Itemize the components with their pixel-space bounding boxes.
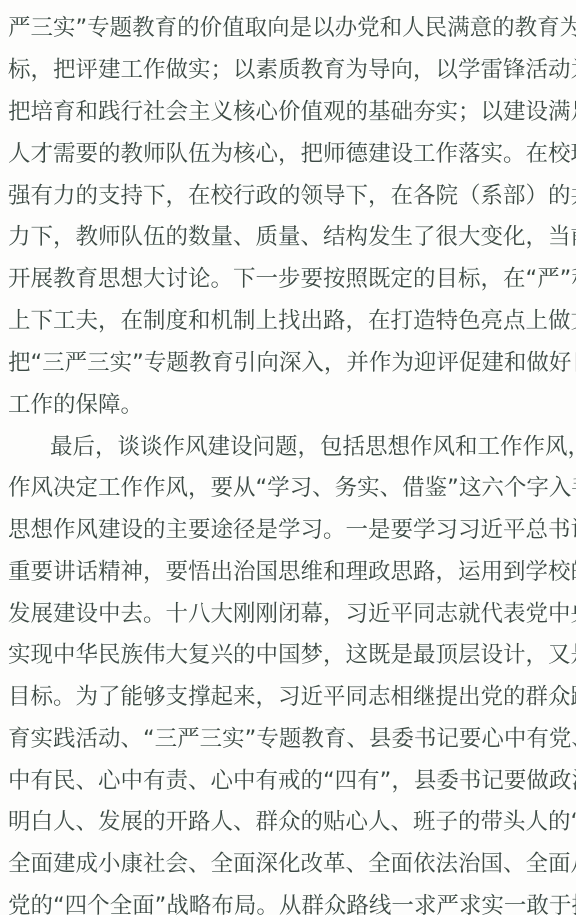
- text-line: 目标。为了能够支撑起来，习近平同志相继提出党的群众路线教: [8, 682, 570, 712]
- document-page: 严三实”专题教育的价值取向是以办党和人民满意的教育为目 标，把评建工作做实；以素…: [0, 0, 576, 915]
- text-line: 中有民、心中有责、心中有戒的“四有”，县委书记要做政治的: [8, 766, 570, 796]
- text-line: 力下，教师队伍的数量、质量、结构发生了很大变化，当前正在: [8, 222, 570, 252]
- text-line: 实现中华民族伟大复兴的中国梦，这既是最顶层设计，又是宏伟: [8, 640, 570, 670]
- text-line: 重要讲话精神，要悟出治国思维和理政思路，运用到学校的改革: [8, 557, 570, 587]
- text-line: 开展教育思想大讨论。下一步要按照既定的目标，在“严”和“实”: [8, 264, 570, 294]
- text-line: 标，把评建工作做实；以素质教育为导向，以学雷锋活动为载体，: [8, 55, 570, 85]
- text-line: 全面建成小康社会、全面深化改革、全面依法治国、全面从严治: [8, 849, 570, 879]
- text-line: 最后，谈谈作风建设问题，包括思想作风和工作作风，思想: [50, 432, 570, 462]
- text-line: 作风决定工作作风，要从“学习、务实、借鉴”这六个字入手。: [8, 473, 570, 503]
- text-line: 思想作风建设的主要途径是学习。一是要学习习近平总书记系列: [8, 515, 570, 545]
- text-line: 把培育和践行社会主义核心价值观的基础夯实；以建设满足培养: [8, 97, 570, 127]
- text-line: 工作的保障。: [8, 390, 570, 420]
- text-line: 把“三严三实”专题教育引向深入，并作为迎评促建和做好日常: [8, 348, 570, 378]
- text-line: 明白人、发展的开路人、群众的贴心人、班子的带头人的“四人”，: [8, 807, 570, 837]
- text-line: 党的“四个全面”战略布局。从群众路线一求严求实一敢于担当: [8, 891, 570, 915]
- text-line: 人才需要的教师队伍为核心，把师德建设工作落实。在校理事会: [8, 139, 570, 169]
- text-line: 上下工夫，在制度和机制上找出路，在打造特色亮点上做文章。: [8, 306, 570, 336]
- text-line: 发展建设中去。十八大刚刚闭幕，习近平同志就代表党中央提出: [8, 599, 570, 629]
- text-line: 强有力的支持下，在校行政的领导下，在各院（系部）的共同努: [8, 181, 570, 211]
- text-line: 育实践活动、“三严三实”专题教育、县委书记要心中有党、心: [8, 724, 570, 754]
- text-line: 严三实”专题教育的价值取向是以办党和人民满意的教育为目: [8, 13, 570, 43]
